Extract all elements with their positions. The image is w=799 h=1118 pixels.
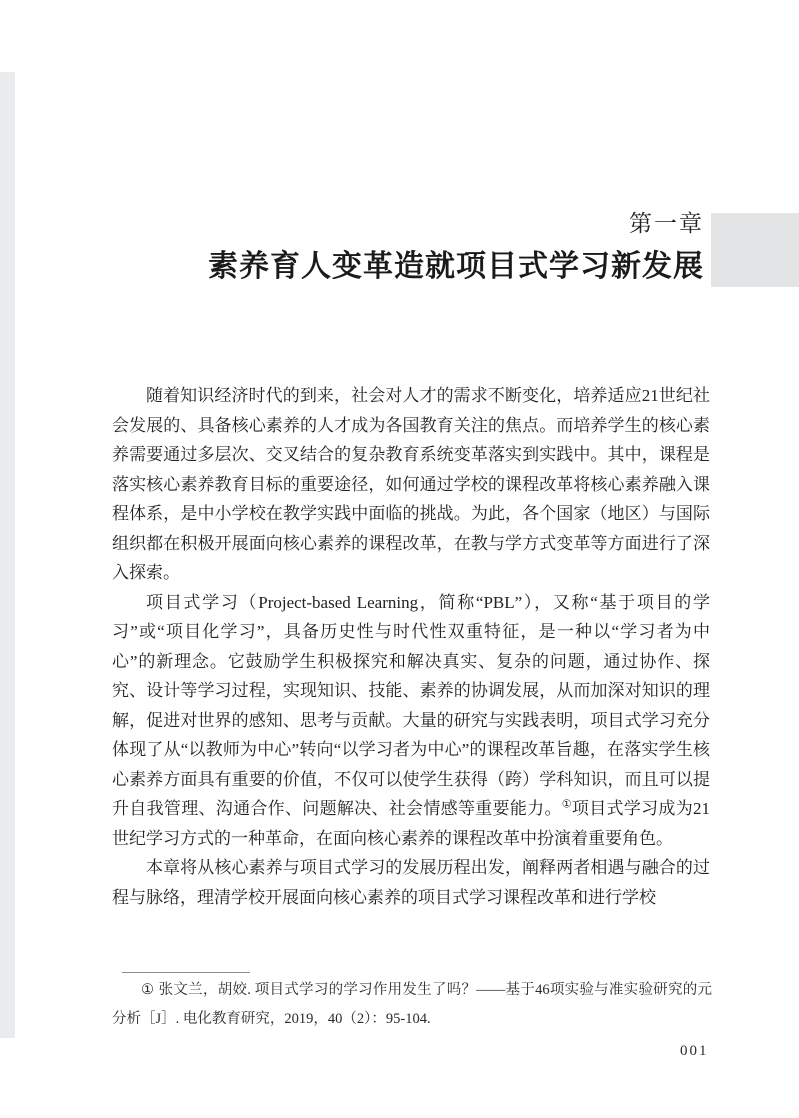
footnote-citation: 张文兰，胡姣. 项目式学习的学习作用发生了吗？——基于46项实验与准实验研究的元… xyxy=(112,982,712,1027)
footnote-reference-marker: ① xyxy=(562,798,572,810)
paragraph-2-lead: 项目式学习（Project-based Learning，简称“PBL”），又称… xyxy=(112,593,710,819)
footnote-divider xyxy=(122,972,250,973)
chapter-number: 第一章 xyxy=(112,205,704,238)
paragraph-2: 项目式学习（Project-based Learning，简称“PBL”），又称… xyxy=(112,588,710,854)
footnote-marker: ① xyxy=(141,982,154,998)
left-margin-band xyxy=(0,72,15,1038)
paragraph-1: 随着知识经济时代的到来，社会对人才的需求不断变化，培养适应21世纪社会发展的、具… xyxy=(112,381,710,588)
book-page: 第一章 素养育人变革造就项目式学习新发展 随着知识经济时代的到来，社会对人才的需… xyxy=(0,0,799,1118)
footnote: ①张文兰，胡姣. 项目式学习的学习作用发生了吗？——基于46项实验与准实验研究的… xyxy=(112,976,712,1034)
chapter-title: 素养育人变革造就项目式学习新发展 xyxy=(112,241,704,285)
body-text: 随着知识经济时代的到来，社会对人才的需求不断变化，培养适应21世纪社会发展的、具… xyxy=(112,381,710,912)
chapter-title-band xyxy=(711,213,799,287)
page-number: 001 xyxy=(680,1043,709,1060)
paragraph-3: 本章将从核心素养与项目式学习的发展历程出发，阐释两者相遇与融合的过程与脉络，理清… xyxy=(112,853,710,912)
